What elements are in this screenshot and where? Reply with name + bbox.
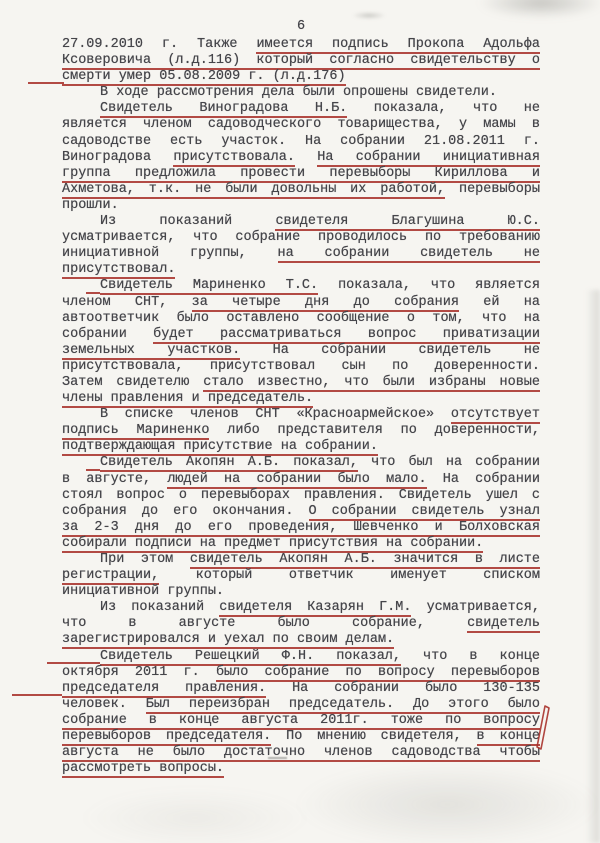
text-line: членом СНТ, за четыре дня до собрания ей… [62,295,540,311]
pen-underline-extension [86,292,100,294]
text-line: Из показаний свидетеля Казарян Г.М. усма… [62,600,540,616]
scan-smudge [586,290,600,843]
text-run: Из показаний [100,600,219,615]
pen-underlined-text: Свидетель Решецкий Ф.Н. показал, [100,649,401,666]
text-run: При этом [100,552,190,567]
pen-checkmark-icon [532,703,556,755]
text-run: что был на собрании [358,455,540,470]
pen-underlined-text: Свидетель Мариненко Т.С. [100,278,318,295]
text-line: прошли. [62,198,540,214]
text-line: рассмотреть вопросы. [62,761,540,777]
text-line: 27.09.2010 г. Также имеется подпись Прок… [62,37,540,53]
text-run: что в конце [401,649,540,664]
text-line: Ахметова, т.к. не были довольны их работ… [62,182,540,198]
text-line: В списке членов СНТ «Красноармейское» от… [62,407,540,423]
text-run: собрании [62,327,153,342]
text-line: усматривается, что собрание проводилось … [62,230,540,246]
text-line: инициативной группы. [62,584,540,600]
pen-underlined-text: стало известно, что были избраны новые [203,375,540,392]
text-line: за 2-3 дня до его проведения, Шевченко и… [62,520,540,536]
text-line: августа не было достаточно членов садово… [62,745,540,761]
text-run: усматривается, что собрание проводилось … [62,230,540,245]
text-run: автоответчик было оставлено сообщение о … [62,311,540,326]
pen-underlined-text: смерти умер 05.08.2009 г. (л.д.176) [62,69,346,86]
pen-underlined-text: свидетель [467,616,540,633]
pen-underlined-text: присутствовала. [173,150,295,167]
pen-underlined-text: На собрании инициативная [317,150,540,167]
text-line: что в августе было собрание, свидетель [62,616,540,632]
text-run: показала, что не [347,101,540,116]
text-run: Виноградова [62,150,173,165]
text-line: Свидетель Виноградова Н.Б. показала, что… [62,101,540,117]
pen-underlined-text: подпись Мариненко [62,423,209,440]
text-line: земельных участков. На собрании свидетел… [62,343,540,359]
scan-smudge [478,0,600,18]
text-line: члены правления и председатель. [62,391,540,407]
pen-underlined-text: О собрании свидетель узнал [309,504,540,521]
text-run: который ответчик именует списком [159,568,540,583]
pen-underlined-text: августа не было достаточно членов садово… [62,745,540,762]
text-run: На собрании [427,472,540,487]
text-run: инициативной группы. [62,584,224,599]
page-number: 6 [62,19,540,35]
text-line: председателя правления. На собрании было… [62,681,540,697]
text-run: показала, что является [318,278,540,293]
text-run: присутствовала, присутствовал сын по дов… [62,359,540,374]
pen-underlined-text: свидетель Акопян А.Б. значится в листе [190,552,540,569]
document-text: 27.09.2010 г. Также имеется подпись Прок… [62,37,540,777]
pen-underlined-text: Свидетель Акопян А.Б. показал, [100,455,358,472]
pen-underlined-text: собрание в конце августа 2011г. тоже по … [62,713,540,730]
pen-underlined-text: в конце [477,729,540,746]
text-line: Свидетель Акопян А.Б. показал, что был н… [62,455,540,471]
pen-underlined-text: будет рассматриваться вопрос приватизаци… [153,327,540,344]
text-run: Из показаний [100,214,275,229]
text-line: собрание в конце августа 2011г. тоже по … [62,713,540,729]
text-run: членом СНТ, [62,295,192,310]
pen-underline-extension [86,469,100,471]
text-line: Виноградова присутствовала. На собрании … [62,150,540,166]
text-run: садоводстве есть участок. На собрании 21… [62,134,540,149]
pen-underlined-text: Ксоверовича (л.д.116) который согласно с… [62,53,540,70]
pen-underline-extension [47,662,100,664]
pen-underlined-text: председателя правления. [62,681,266,698]
text-run: человек. [62,697,146,712]
text-run: На собрании было 130-135 [266,681,540,696]
text-run: перевыборы [445,182,540,197]
text-line: В ходе рассмотрения дела были опрошены с… [62,85,540,101]
text-line: является членом садоводческого товарищес… [62,117,540,133]
pen-underlined-text: свидетеля Казарян Г.М. [219,600,411,617]
text-line: садоводстве есть участок. На собрании 21… [62,134,540,150]
text-run: собрания до его окончания. [62,504,309,519]
text-run: По мнению свидетеля, [271,729,476,744]
text-line: подпись Мариненко либо представителя по … [62,423,540,439]
text-line: Из показаний свидетеля Благушина Ю.С. [62,214,540,230]
text-run: 27.09.2010 г. Также [62,37,256,52]
text-run: что в августе было собрание, [62,616,467,631]
pen-underlined-text: свидетеля Благушина Ю.С. [275,214,540,231]
pen-underlined-text: группа предложила провести перевыборы Ки… [62,166,540,183]
pen-underlined-text: людей на собрании было мало. [167,472,426,489]
pen-underlined-text: имеется подпись Прокопа Адольфа [256,37,540,54]
text-line: стоял вопрос о перевыборах правления. Св… [62,488,540,504]
pen-underlined-text: за 2-3 дня до его проведения, Шевченко и… [62,520,540,537]
scanned-document-page: 6 27.09.2010 г. Также имеется подпись Пр… [0,0,600,843]
pen-underlined-text: Свидетель Виноградова Н.Б. [100,101,347,118]
text-line: инициативной группы, на собрании свидете… [62,246,540,262]
text-line: группа предложила провести перевыборы Ки… [62,166,540,182]
text-line: перевыборов председателя. По мнению свид… [62,729,540,745]
text-line: Свидетель Решецкий Ф.Н. показал, что в к… [62,649,540,665]
pen-underlined-text: Ахметова, т.к. не были довольны их работ… [62,182,445,199]
pen-underlined-text: отсутствует [451,407,540,424]
pen-underline-extension [12,694,62,696]
pen-underlined-text: Был переизбран председатель. До этого бы… [146,697,540,714]
text-run: стоял вопрос о перевыборах правления. Св… [62,488,540,503]
pen-underlined-text: перевыборов председателя. [62,729,271,746]
text-run: В ходе рассмотрения дела были опрошены с… [100,85,497,100]
text-line: в августе, людей на собрании было мало. … [62,472,540,488]
text-line: При этом свидетель Акопян А.Б. значится … [62,552,540,568]
pen-underlined-text: присутствовал. [62,262,175,279]
pen-underlined-text: за четыре дня до собрания [192,295,459,312]
pen-underlined-text: подтверждающая присутствие на собрании. [62,439,378,456]
text-line: регистрации, который ответчик именует сп… [62,568,540,584]
text-run: является членом садоводческого товарищес… [62,117,540,132]
text-line: октября 2011 г. было собрание по вопросу… [62,665,540,681]
text-run: усматривается, [411,600,540,615]
text-run: инициативной группы, [62,246,278,261]
text-line: человек. Был переизбран председатель. До… [62,697,540,713]
text-run: Затем свидетелю [62,375,203,390]
text-run: В списке членов СНТ «Красноармейское» [100,407,451,422]
text-line: Свидетель Мариненко Т.С. показала, что я… [62,278,540,294]
text-line: присутствовал. [62,262,540,278]
text-line: собирали подписи на предмет присутствия … [62,536,540,552]
text-line: Ксоверовича (л.д.116) который согласно с… [62,53,540,69]
text-line: Затем свидетелю стало известно, что были… [62,375,540,391]
text-run: прошли. [62,198,119,213]
pen-underline-extension [28,82,64,84]
text-run: октября 2011 г. [62,665,216,680]
scan-smudge [80,788,310,843]
text-line: подтверждающая присутствие на собрании. [62,439,540,455]
text-run: На собрании свидетель не [240,343,540,358]
text-line: зарегистрировался и уехал по своим делам… [62,632,540,648]
pen-underlined-text: члены правления и председатель. [62,391,313,408]
pen-underlined-text: зарегистрировался и уехал по своим делам… [62,632,394,649]
pen-underlined-text: земельных участков. [62,343,240,360]
scan-smudge [352,12,386,19]
text-line: автоответчик было оставлено сообщение о … [62,311,540,327]
pen-underlined-text: на собрании свидетель не [278,246,541,263]
pen-underlined-text: регистрации, [62,568,159,585]
text-run [295,150,317,165]
text-run: либо представителя по доверенности, [209,423,540,438]
text-line: смерти умер 05.08.2009 г. (л.д.176) [62,69,540,85]
text-run: в августе, [62,472,167,487]
text-line: собрания до его окончания. О собрании св… [62,504,540,520]
text-line: присутствовала, присутствовал сын по дов… [62,359,540,375]
pen-underlined-text: собирали подписи на предмет присутствия … [62,536,483,553]
pen-underlined-text: рассмотреть вопросы. [62,761,224,778]
pen-underlined-text: было собрание по вопросу перевыборов [216,665,540,682]
text-run: ей на [459,295,540,310]
text-line: собрании будет рассматриваться вопрос пр… [62,327,540,343]
